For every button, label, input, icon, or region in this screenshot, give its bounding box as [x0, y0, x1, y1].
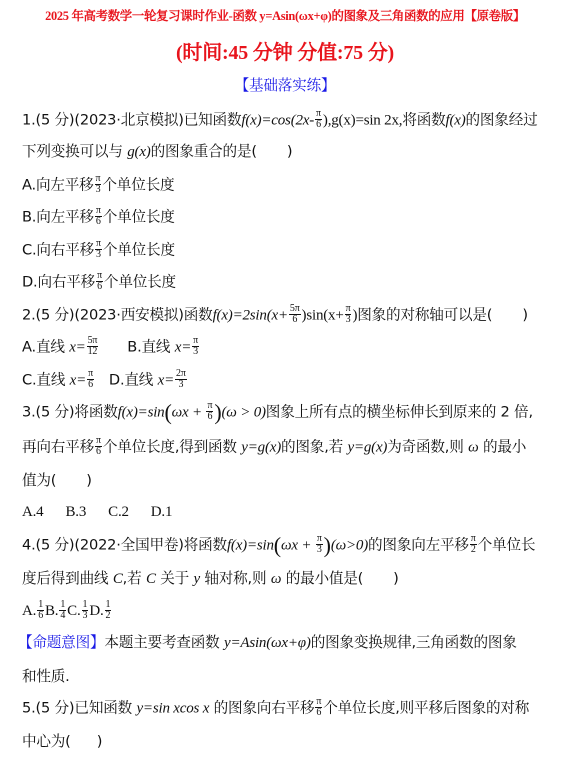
- q1-option-c: C.向右平移π3个单位长度: [22, 240, 175, 261]
- q4-condition: (ω>0): [331, 538, 368, 554]
- q3-text: 再向右平移: [22, 439, 94, 456]
- fraction: π3: [316, 534, 323, 555]
- q2-formula: )sin(x+: [302, 308, 344, 324]
- intent-text: 本题主要考查函数: [104, 634, 219, 651]
- option-a: A.4: [22, 504, 43, 520]
- q4-var: C: [113, 571, 123, 587]
- option-label: C.向右平移: [22, 242, 94, 259]
- question-4-line-1: 4.(5 分)(2022·全国甲卷)将函数f(x)=sin(ωx + π3)(ω…: [22, 535, 535, 556]
- intent-text: 的图象变换规律,三角函数的图象: [311, 634, 517, 651]
- option-label: C.: [67, 603, 80, 619]
- q1-option-b: B.向左平移π6个单位长度: [22, 207, 175, 228]
- fraction: π2: [470, 534, 477, 555]
- option-tail: 个单位长度: [103, 209, 175, 226]
- q2-prefix: 2.(5 分)(2023·西安模拟)函数: [22, 307, 213, 324]
- option-label: D.: [89, 603, 103, 619]
- q1-formula-g: g(x): [127, 144, 150, 160]
- intent-note-line-1: 【命题意图】本题主要考查函数 y=Asin(ωx+φ)的图象变换规律,三角函数的…: [18, 633, 517, 653]
- fraction: 5π12: [87, 336, 99, 357]
- q4-text: 个单位长: [478, 537, 536, 554]
- document-title: 2025 年高考数学一轮复习课时作业-函数 y=Asin(ωx+φ)的图象及三角…: [0, 6, 570, 26]
- fraction: 14: [59, 600, 66, 621]
- q1-option-a: A.向左平移π3个单位长度: [22, 175, 174, 196]
- fraction: π6: [87, 369, 94, 390]
- option-label: A.: [22, 603, 36, 619]
- option-label: B.直线: [127, 339, 170, 356]
- fraction: π3: [345, 304, 352, 325]
- q4-var: C: [146, 571, 156, 587]
- intent-formula: y=Asin(ωx+φ): [224, 635, 311, 651]
- fraction: 13: [82, 600, 89, 621]
- fraction: π3: [95, 174, 102, 195]
- q4-text: 的图象向左平移: [368, 537, 469, 554]
- q3-text: 的最小: [483, 439, 526, 456]
- option-label: B.: [45, 603, 58, 619]
- q5-formula: y=sin xcos x: [136, 701, 209, 717]
- document-subtitle: (时间:45 分钟 分值:75 分): [0, 40, 570, 66]
- option-b: B.3: [65, 504, 86, 520]
- q1-formula-f: f(x)=cos(2x-: [241, 113, 314, 129]
- q4-text: 度后得到曲线: [22, 570, 108, 587]
- question-3-line-2: 再向右平移π6个单位长度,得到函数 y=g(x)的图象,若 y=g(x)为奇函数…: [22, 437, 526, 458]
- q5-close-paren: ): [97, 733, 103, 750]
- question-1-line-2: 下列变换可以与 g(x)的图象重合的是(): [22, 142, 292, 162]
- q2-formula: f(x)=2sin(x+: [213, 308, 288, 324]
- question-5-line-2: 中心为(): [22, 732, 102, 752]
- option-var: x=: [175, 340, 191, 356]
- option-tail: 个单位长度: [104, 274, 176, 291]
- q3-prefix: 3.(5 分)将函数: [22, 404, 118, 421]
- fraction: π6: [96, 271, 103, 292]
- question-3-line-3: 值为(): [22, 471, 92, 491]
- q3-text: 的图象,若: [281, 439, 343, 456]
- q4-formula-inner: ωx +: [281, 538, 315, 554]
- option-label: B.向左平移: [22, 209, 94, 226]
- question-1-line-1: 1.(5 分)(2023·北京模拟)已知函数f(x)=cos(2x-π6),g(…: [22, 110, 538, 131]
- q5-text: 个单位长度,则平移后图象的对称: [323, 700, 529, 717]
- q4-text: ,若: [123, 570, 142, 587]
- q3-formula: y=g(x): [347, 440, 387, 456]
- q4-text: 轴对称,则: [204, 570, 266, 587]
- q4-formula: f(x)=sin: [227, 538, 274, 554]
- q1-text: 下列变换可以与: [22, 143, 123, 160]
- option-label: D.向右平移: [22, 274, 95, 291]
- q5-text: 中心为(: [22, 733, 71, 750]
- q3-formula-inner: ωx +: [172, 405, 206, 421]
- fraction: π3: [95, 239, 102, 260]
- fraction: π6: [95, 436, 102, 457]
- big-close-paren: ): [324, 533, 331, 558]
- question-2-line-1: 2.(5 分)(2023·西安模拟)函数f(x)=2sin(x+5π6)sin(…: [22, 305, 528, 326]
- q1-prefix: 1.(5 分)(2023·北京模拟)已知函数: [22, 112, 241, 129]
- q3-text: 个单位长度,得到函数: [103, 439, 237, 456]
- fraction: 2π3: [175, 369, 187, 390]
- big-open-paren: (: [164, 400, 171, 425]
- option-var: x=: [158, 373, 174, 389]
- option-label: C.直线: [22, 372, 65, 389]
- option-d: D.1: [151, 504, 172, 520]
- q4-text: 关于: [160, 570, 189, 587]
- q1-text: 将函数: [402, 112, 445, 129]
- q4-var: y: [193, 571, 199, 587]
- q3-text: 为奇函数,则: [387, 439, 463, 456]
- q1-text: 的图象重合的是(: [151, 143, 257, 160]
- q1-close-paren: ): [287, 143, 293, 160]
- option-tail: 个单位长度: [102, 177, 174, 194]
- q1-formula-g: ),g(x)=sin 2x,: [323, 113, 402, 129]
- q1-formula-f2: f(x): [446, 113, 466, 129]
- q3-omega: ω: [468, 440, 478, 456]
- fraction: π6: [95, 206, 102, 227]
- option-tail: 个单位长度: [103, 242, 175, 259]
- q3-formula: f(x)=sin: [118, 405, 165, 421]
- q4-close-paren: ): [393, 570, 399, 587]
- option-label: A.向左平移: [22, 177, 94, 194]
- option-var: x=: [70, 373, 86, 389]
- question-5-line-1: 5.(5 分)已知函数 y=sin xcos x 的图象向右平移π6个单位长度,…: [22, 698, 529, 719]
- q2-close-paren: ): [522, 307, 528, 324]
- question-3-line-1: 3.(5 分)将函数f(x)=sin(ωx + π6)(ω > 0)图象上所有点…: [22, 402, 533, 423]
- q2-options-ab: A.直线 x=5π12B.直线 x=π3: [22, 337, 200, 358]
- q2-options-cd: C.直线 x=π6D.直线 x=2π3: [22, 370, 188, 391]
- q3-condition: (ω > 0): [221, 405, 265, 421]
- q3-formula: y=g(x): [241, 440, 281, 456]
- intent-note-line-2: 和性质.: [22, 667, 70, 687]
- q2-text: 图象的对称轴可以是(: [357, 307, 492, 324]
- fraction: 12: [105, 600, 112, 621]
- question-4-line-2: 度后得到曲线 C,若 C 关于 y 轴对称,则 ω 的最小值是(): [22, 569, 399, 589]
- option-label: D.直线: [109, 372, 153, 389]
- q4-text: 的最小值是(: [286, 570, 363, 587]
- fraction: π3: [192, 336, 199, 357]
- q5-prefix: 5.(5 分)已知函数: [22, 700, 132, 717]
- q4-prefix: 4.(5 分)(2022·全国甲卷)将函数: [22, 537, 227, 554]
- fraction: π6: [315, 697, 322, 718]
- fraction: π6: [206, 401, 213, 422]
- q5-text: 的图象向右平移: [214, 700, 315, 717]
- option-c: C.2: [108, 504, 129, 520]
- q3-text: 值为(: [22, 472, 56, 489]
- q3-text: 图象上所有点的横坐标伸长到原来的 2 倍,: [266, 404, 533, 421]
- fraction: π6: [315, 109, 322, 130]
- section-heading: 【基础落实练】: [0, 76, 570, 96]
- option-label: A.直线: [22, 339, 65, 356]
- q1-text-tail: 的图象经过: [466, 112, 538, 129]
- big-open-paren: (: [274, 533, 281, 558]
- option-var: x=: [69, 340, 85, 356]
- fraction: 5π6: [289, 304, 301, 325]
- q4-omega: ω: [271, 571, 281, 587]
- q3-options: A.4B.3C.2D.1: [22, 502, 172, 522]
- fraction: 16: [37, 600, 44, 621]
- q1-option-d: D.向右平移π6个单位长度: [22, 272, 176, 293]
- intent-tag: 【命题意图】: [18, 634, 104, 651]
- q4-options: A.16B.14C.13D.12: [22, 601, 112, 622]
- q3-close-paren: ): [86, 472, 92, 489]
